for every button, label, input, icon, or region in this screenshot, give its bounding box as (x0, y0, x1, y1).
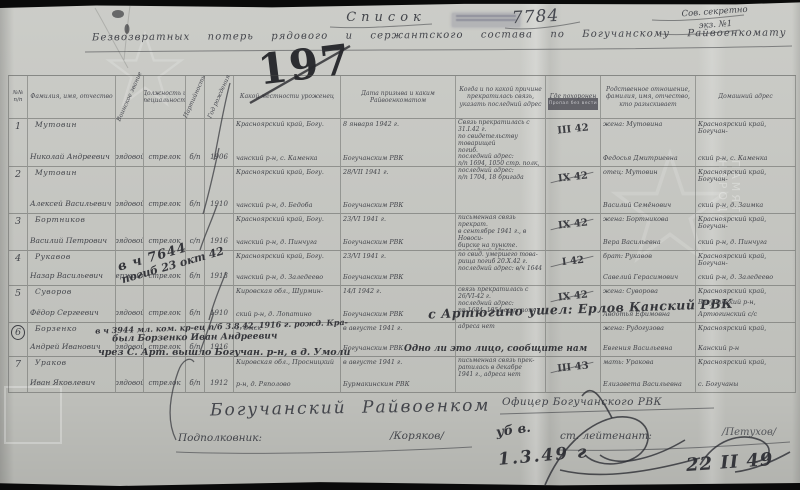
table-cell: Красноярский край, Богучан-ский р-н, д. … (696, 214, 796, 251)
table-cell: IX 42 (546, 214, 601, 251)
table-cell: Красноярский край, Богучан-ский р-н, д. … (696, 167, 796, 214)
column-header: Должность и специальность (144, 76, 186, 119)
pencil-date-2249: 22 II 49 (685, 449, 774, 476)
table-cell: I 42 (546, 251, 601, 286)
archive-watermark-logo (4, 386, 62, 444)
table-cell: мать: УраковаЕлизавета Васильевна (601, 357, 696, 393)
column-header: Родственное отношение, фамилия, имя, отч… (601, 76, 696, 119)
table-cell: Кировская обл., Просницкийр-н, д. Ряполо… (234, 357, 341, 393)
loss-table: №№ п/пФамилия, имя, отчествоВоинское зва… (8, 75, 796, 393)
signature-right-name: /Петухов/ (722, 427, 776, 438)
table-cell: рядовой (116, 286, 144, 323)
column-header: №№ п/п (9, 76, 28, 119)
table-cell: последний адрес:п/п 1704, 18 бригада (456, 167, 546, 214)
scanned-document: ПАМЯТЬ НАРОДА Сов. секретно экз. №1 7784… (0, 0, 800, 490)
table-cell: Красноярский край, Богучан-ский р-н, с. … (696, 119, 796, 167)
table-cell: брат: РукавовСавелий Герасимович (601, 251, 696, 286)
table-cell: III 42 (546, 119, 601, 167)
table-cell: III 43 (546, 357, 601, 393)
row6-note-5: Одно ли это лицо, сообщите нам (404, 344, 674, 354)
table-cell: РукавовНазар Васильевич (28, 251, 116, 286)
row-number-cell: 3 (9, 214, 28, 251)
table-cell: Красноярский край, Богу.чанский р-н, д. … (234, 167, 341, 214)
table-cell: 1910 (205, 286, 234, 323)
row6-note-4: чрез С. Арт. вышло Богучан. р-н, в д. Ум… (98, 347, 438, 358)
table-cell: 23/VI 1941 г.Богучанским РВК (341, 251, 456, 286)
column-header: Год рождения (205, 76, 234, 119)
table-cell: БортниковВасилий Петрович (28, 214, 116, 251)
scan-edge-top (0, 0, 800, 8)
table-cell: рядовой (116, 357, 144, 393)
column-header: Партийность (186, 76, 205, 119)
table-cell: рядовой (116, 214, 144, 251)
table-cell: письменная связь прек-ратилась в декабре… (456, 357, 546, 393)
table-cell: рядовой (116, 119, 144, 167)
row-number-cell: 1 (9, 119, 28, 167)
incoming-number: 7784 (512, 6, 560, 28)
table-cell: 1906 (205, 119, 234, 167)
rank-right: ст. лейтенант: (560, 430, 652, 442)
ink-blots (112, 10, 130, 34)
pencil-date-1349: 1.3.49 г (497, 442, 589, 470)
table-cell: по свид. умершего това-рища погиб 20.X.4… (456, 251, 546, 286)
table-cell: Красноярский край,Канский р-н (696, 323, 796, 357)
commissariat-name: Богучанский Райвоенком (210, 396, 491, 421)
table-cell: Красноярский край, Богу.чанский р-н, д. … (234, 251, 341, 286)
table-cell: Красноярский край, Богу.чанский р-н, с. … (234, 119, 341, 167)
table-cell: б/п (186, 357, 205, 393)
table-cell: IX 42 (546, 167, 601, 214)
table-cell: б/п (186, 167, 205, 214)
row-number-cell: 6 (9, 323, 28, 357)
table-cell: МутовинНиколай Андреевич (28, 119, 116, 167)
signature-left-name: /Коряков/ (390, 430, 444, 442)
table-cell: 28/VII 1941 г.Богучанским РВК (341, 167, 456, 214)
missing-in-action-stamp: Пропал без вести (548, 98, 598, 110)
registration-stamp (452, 13, 520, 27)
table-cell: 1912 (205, 357, 234, 393)
row-number-cell: 5 (9, 286, 28, 323)
column-header: Домашний адрес (696, 76, 796, 119)
column-header: Фамилия, имя, отчество (28, 76, 116, 119)
table-cell: Красноярский край, Богучан-ский р-н, д. … (696, 251, 796, 286)
table-cell: б/п (186, 119, 205, 167)
table-cell: в августе 1941 г.Бурмакинским РВК (341, 357, 456, 393)
table-cell: б/п (186, 286, 205, 323)
table-cell: стрелок (144, 286, 186, 323)
table-cell: Связь прекратилась с 31.I.42 г.по свидет… (456, 119, 546, 167)
table-cell: Красноярский край, Богу.чанский р-н, д. … (234, 214, 341, 251)
column-header: Воинское звание (116, 76, 144, 119)
officer-title: Офицер Богучанского РВК (502, 396, 662, 408)
table-cell: стрелок (144, 167, 186, 214)
document-subtitle: Безвозвратных потерь рядового и сержантс… (92, 28, 772, 44)
table-cell: СуворовФёдор Сергеевич (28, 286, 116, 323)
table-cell: УраковИван Яковлевич (28, 357, 116, 393)
row-number-cell: 7 (9, 357, 28, 393)
column-header: Какой местности уроженец (234, 76, 341, 119)
table-cell: стрелок (144, 357, 186, 393)
table-cell: жена: МутовинаФедосья Дмитриевна (601, 119, 696, 167)
rank-left: Подполковник: (178, 432, 262, 444)
table-cell: МутовинАлексей Васильевич (28, 167, 116, 214)
column-header: Дата призыва и каким Райвоенкоматом (341, 76, 456, 119)
table-cell: рядовой (116, 167, 144, 214)
pencil-note-ub: уб в. (495, 421, 532, 441)
document-title: Список (328, 10, 444, 25)
table-cell: отец: МутовинВасилий Семёнович (601, 167, 696, 214)
table-cell: 1910 (205, 167, 234, 214)
table-cell: письменная связь прекрат.в сентябре 1941… (456, 214, 546, 251)
table-cell: стрелок (144, 119, 186, 167)
row-number-cell: 4 (9, 251, 28, 286)
table-cell: Красноярский край,с. Богучаны (696, 357, 796, 393)
table-cell: 23/VI 1941 г.Богучанским РВК (341, 214, 456, 251)
row-number-cell: 2 (9, 167, 28, 214)
table-cell: жена: БортниковаВера Васильевна (601, 214, 696, 251)
column-header: Когда и по какой причине прекратилась св… (456, 76, 546, 119)
table-cell: 8 января 1942 г.Богучанским РВК (341, 119, 456, 167)
scan-edge-bottom (0, 481, 800, 490)
